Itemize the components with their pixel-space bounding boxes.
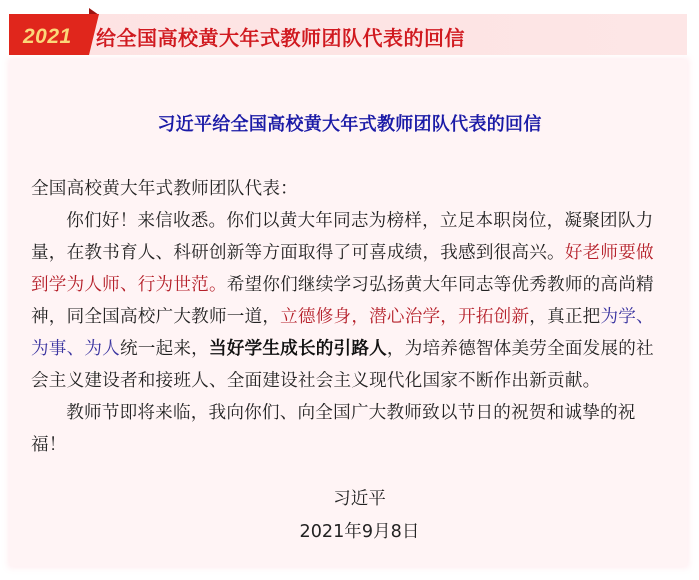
signature-name: 习近平 (0, 485, 699, 510)
paragraph-1-text: 你们好！来信收悉。你们以黄大年同志为榜样，立足本职岗位，凝聚团队力量，在教书育人… (31, 211, 653, 263)
letter-page: 2021 给全国高校黄大年式教师团队代表的回信 习近平给全国高校黄大年式教师团队… (0, 0, 699, 580)
paragraph-1-text-4: 统一起来， (120, 339, 209, 359)
salutation: 全国高校黄大年式教师团队代表： (31, 173, 669, 205)
emphasis-qianxin-zhixue: 潜心治学 (369, 307, 440, 327)
emphasis-separator-2: ， (440, 307, 458, 327)
paragraph-1-text-3: ，真正把 (529, 307, 600, 327)
emphasis-lide-xiushen: 立德修身 (280, 307, 351, 327)
emphasis-kaituo-chuangxin: 开拓创新 (458, 307, 529, 327)
badge-year: 2021 (23, 25, 72, 49)
header-title: 给全国高校黄大年式教师团队代表的回信 (96, 22, 465, 51)
letter-body: 全国高校黄大年式教师团队代表： 你们好！来信收悉。你们以黄大年同志为榜样，立足本… (31, 173, 669, 461)
paragraph-2: 教师节即将来临，我向你们、向全国广大教师致以节日的祝贺和诚挚的祝福！ (31, 397, 669, 461)
paragraph-1: 你们好！来信收悉。你们以黄大年同志为榜样，立足本职岗位，凝聚团队力量，在教书育人… (31, 205, 669, 397)
signature-date: 2021年9月8日 (0, 518, 699, 543)
emphasis-guide: 当好学生成长的引路人 (209, 339, 387, 359)
year-badge: 2021 (9, 8, 99, 55)
letter-title: 习近平给全国高校黄大年式教师团队代表的回信 (0, 110, 699, 136)
emphasis-separator-1: ， (351, 307, 369, 327)
